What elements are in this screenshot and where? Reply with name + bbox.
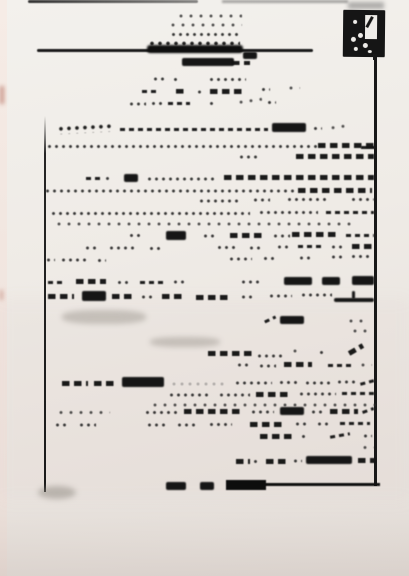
illegible-text-segment: [218, 392, 250, 398]
illegible-text-segment: [359, 376, 375, 387]
text-marks-layer: [0, 0, 409, 576]
illegible-text-segment: [150, 337, 220, 347]
illegible-text-segment: [250, 420, 286, 428]
illegible-text-segment: [258, 363, 276, 369]
illegible-text-segment: [350, 253, 372, 260]
illegible-text-segment: [208, 349, 254, 357]
illegible-text-segment: [350, 196, 374, 203]
illegible-text-segment: [328, 362, 352, 369]
illegible-text-segment: [263, 313, 277, 325]
illegible-text-segment: [208, 101, 216, 106]
illegible-text-segment: [208, 421, 232, 428]
illegible-text-segment: [280, 316, 304, 324]
illegible-text-segment: [56, 409, 110, 416]
illegible-text-segment: [62, 379, 88, 387]
illegible-text-segment: [292, 230, 340, 239]
illegible-text-segment: [124, 174, 138, 182]
illegible-text-segment: [208, 76, 246, 83]
illegible-text-segment: [358, 456, 376, 464]
illegible-text-segment: [46, 143, 318, 150]
illegible-text-segment: [122, 377, 164, 387]
illegible-text-segment: [292, 458, 302, 464]
illegible-text-segment: [248, 245, 262, 251]
illegible-text-segment: [146, 422, 168, 428]
illegible-text-segment: [168, 392, 212, 398]
illegible-text-segment: [290, 348, 302, 354]
illegible-text-segment: [236, 95, 263, 107]
illegible-text-segment: [120, 126, 268, 132]
illegible-text-segment: [172, 279, 186, 285]
illegible-text-segment: [232, 61, 250, 65]
illegible-text-segment: [328, 122, 349, 133]
scanned-document-page: Low-resolution photocopy scan of a singl…: [0, 0, 409, 576]
illegible-text-segment: [170, 381, 228, 387]
illegible-text-segment: [96, 258, 106, 263]
illegible-text-segment: [330, 407, 358, 415]
illegible-text-segment: [182, 58, 234, 66]
illegible-text-segment: [284, 361, 312, 368]
illegible-text-segment: [260, 433, 292, 440]
illegible-text-segment: [260, 87, 270, 92]
illegible-text-segment: [45, 257, 55, 263]
illegible-text-segment: [336, 379, 356, 385]
illegible-text-segment: [298, 391, 336, 397]
illegible-text-segment: [202, 233, 218, 239]
illegible-text-segment: [176, 88, 188, 94]
illegible-text-segment: [262, 256, 274, 261]
illegible-text-segment: [352, 276, 374, 285]
illegible-text-segment: [258, 209, 318, 216]
illegible-text-segment: [62, 310, 146, 324]
illegible-text-segment: [152, 76, 168, 82]
illegible-text-segment: [146, 176, 218, 182]
illegible-text-segment: [236, 362, 252, 368]
illegible-text-segment: [94, 379, 116, 387]
illegible-text-segment: [84, 245, 96, 251]
illegible-text-segment: [150, 101, 164, 106]
illegible-text-segment: [352, 242, 374, 250]
illegible-text-segment: [318, 141, 374, 149]
illegible-text-segment: [304, 380, 330, 386]
illegible-text-segment: [48, 279, 62, 286]
illegible-text-segment: [240, 294, 256, 300]
illegible-text-segment: [256, 353, 284, 359]
illegible-text-segment: [200, 482, 214, 490]
illegible-text-segment: [50, 210, 250, 217]
illegible-text-segment: [284, 277, 312, 285]
illegible-text-segment: [294, 421, 306, 427]
illegible-text-segment: [198, 198, 240, 204]
illegible-text-segment: [184, 407, 242, 415]
illegible-text-segment: [256, 390, 292, 398]
illegible-text-segment: [306, 456, 352, 464]
illegible-text-segment: [78, 422, 96, 428]
illegible-text-segment: [358, 362, 372, 368]
illegible-text-segment: [347, 342, 365, 358]
illegible-text-segment: [298, 243, 322, 250]
illegible-text-segment: [312, 126, 322, 131]
illegible-text-segment: [286, 196, 330, 203]
illegible-text-segment: [60, 257, 90, 263]
illegible-text-segment: [350, 328, 368, 334]
illegible-text-segment: [310, 409, 326, 415]
illegible-text-segment: [352, 291, 355, 299]
illegible-text-segment: [112, 292, 132, 301]
illegible-text-segment: [168, 22, 242, 28]
illegible-text-segment: [128, 101, 146, 107]
illegible-text-segment: [172, 77, 180, 82]
illegible-text-segment: [170, 31, 242, 38]
illegible-text-segment: [168, 100, 190, 106]
illegible-text-segment: [48, 292, 74, 301]
illegible-text-segment: [166, 231, 186, 240]
illegible-text-segment: [86, 175, 100, 182]
illegible-text-segment: [148, 246, 160, 251]
illegible-text-segment: [44, 188, 296, 194]
illegible-text-segment: [216, 244, 236, 251]
illegible-text-segment: [104, 176, 112, 181]
illegible-text-segment: [196, 90, 202, 94]
illegible-text-segment: [252, 197, 270, 203]
illegible-text-segment: [342, 390, 374, 397]
illegible-text-segment: [286, 85, 300, 91]
illegible-text-segment: [326, 208, 374, 216]
illegible-text-segment: [54, 221, 354, 227]
illegible-text-segment: [142, 89, 158, 94]
illegible-text-segment: [228, 256, 252, 262]
illegible-text-segment: [296, 152, 374, 160]
illegible-text-segment: [240, 279, 262, 285]
illegible-text-segment: [322, 277, 340, 285]
illegible-text-segment: [300, 434, 308, 439]
illegible-text-segment: [278, 379, 298, 386]
illegible-text-segment: [280, 407, 304, 415]
illegible-text-segment: [250, 409, 274, 415]
illegible-text-segment: [236, 458, 250, 465]
illegible-text-segment: [226, 480, 266, 490]
illegible-text-segment: [234, 380, 272, 386]
illegible-text-segment: [76, 277, 106, 286]
illegible-text-segment: [272, 233, 290, 239]
illegible-text-segment: [176, 422, 196, 428]
illegible-text-segment: [230, 231, 266, 239]
illegible-text-segment: [276, 244, 288, 250]
illegible-text-segment: [166, 482, 186, 490]
illegible-text-segment: [298, 255, 314, 261]
illegible-text-segment: [116, 279, 128, 286]
illegible-text-segment: [266, 100, 276, 105]
illegible-text-segment: [238, 154, 260, 160]
illegible-text-segment: [300, 292, 332, 298]
illegible-text-segment: [82, 291, 106, 301]
illegible-text-segment: [362, 433, 372, 439]
illegible-text-segment: [346, 318, 368, 324]
illegible-text-segment: [346, 231, 374, 239]
illegible-text-segment: [243, 52, 257, 59]
illegible-text-segment: [330, 244, 344, 250]
illegible-text-segment: [360, 444, 374, 451]
illegible-text-segment: [316, 421, 330, 427]
illegible-text-segment: [298, 186, 372, 194]
illegible-text-segment: [268, 293, 292, 299]
illegible-text-segment: [148, 40, 240, 49]
illegible-text-segment: [128, 232, 144, 239]
illegible-text-segment: [330, 430, 351, 440]
illegible-text-segment: [176, 13, 242, 19]
illegible-text-segment: [340, 420, 370, 427]
illegible-text-segment: [144, 409, 178, 416]
illegible-text-segment: [266, 457, 288, 465]
illegible-text-segment: [318, 350, 326, 355]
illegible-text-segment: [140, 293, 154, 301]
illegible-text-segment: [140, 278, 166, 286]
illegible-text-segment: [196, 293, 230, 302]
illegible-text-segment: [162, 292, 184, 301]
illegible-text-segment: [108, 245, 136, 251]
illegible-text-segment: [252, 459, 258, 464]
illegible-text-segment: [210, 88, 244, 95]
illegible-text-segment: [54, 422, 66, 428]
illegible-text-segment: [330, 254, 342, 260]
illegible-text-segment: [224, 173, 374, 182]
illegible-text-segment: [272, 123, 306, 132]
illegible-text-segment: [57, 122, 115, 134]
